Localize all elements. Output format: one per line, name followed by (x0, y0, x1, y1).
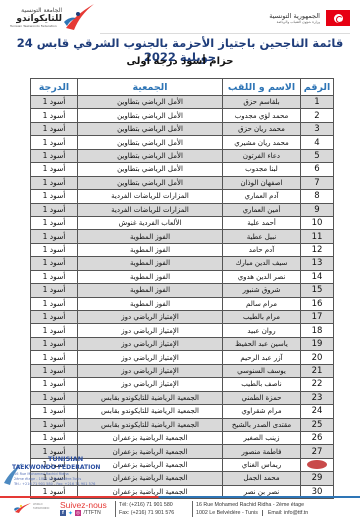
republic-name: الجمهورية التونسية (269, 12, 320, 20)
cell-grade: أسود 1 (31, 297, 78, 310)
cell-grade: أسود 1 (31, 337, 78, 350)
footer-divider (0, 496, 360, 498)
cell-name: اصفهان الوذان (223, 176, 301, 189)
cell-club: المزارات للرياضات الفردية (78, 190, 223, 203)
results-table: الرقم الاسم و اللقب الجمعية الدرجة 1بلقا… (30, 78, 334, 499)
cell-grade: أسود 1 (31, 405, 78, 418)
cell-name: بلقاسم حزق (223, 96, 301, 109)
cell-club: الجمعية الرياضية بزعفران (78, 431, 223, 444)
cell-number: 25 (301, 418, 334, 431)
column-header-name: الاسم و اللقب (223, 79, 301, 96)
cell-club: الجمعية الرياضية بزعفران (78, 458, 223, 471)
cell-club: الجمعية الرياضية للتايكوندو بقابس (78, 405, 223, 418)
table-row: 14نصر الدين هدويالفوز المطويةأسود 1 (31, 270, 334, 283)
cell-grade: أسود 1 (31, 431, 78, 444)
cell-grade: أسود 1 (31, 163, 78, 176)
cell-grade: أسود 1 (31, 176, 78, 189)
cell-grade: أسود 1 (31, 445, 78, 458)
cell-name: نصر الدين هدوي (223, 270, 301, 283)
cell-name: محمد لؤي مجدوب (223, 109, 301, 122)
cell-club: الفوز المطوية (78, 243, 223, 256)
cell-club: الجمعية الرياضية بزعفران (78, 472, 223, 485)
table-row: 9أمين العماريالمزارات للرياضات الفرديةأس… (31, 203, 334, 216)
cell-club: الفوز المطوية (78, 297, 223, 310)
cell-number: 26 (301, 431, 334, 444)
telephone: Tél: (+216) 71 901 580 (119, 501, 174, 509)
table-row: 12آدم حامدالفوز المطويةأسود 1 (31, 243, 334, 256)
cell-name: زينب الصغير (223, 431, 301, 444)
cell-club: الأمل الرياضي بتطاوين (78, 109, 223, 122)
cell-number: 5 (301, 149, 334, 162)
cell-grade: أسود 1 (31, 96, 78, 109)
cell-grade: أسود 1 (31, 324, 78, 337)
cell-number: 15 (301, 284, 334, 297)
table-row: ريماس الغنايالجمعية الرياضية بزعفرانأسود… (31, 458, 334, 471)
cell-name: فاطمة منصور (223, 445, 301, 458)
tunisia-flag-icon (326, 10, 350, 26)
cell-club: الإمتياز الرياضي دوز (78, 324, 223, 337)
cell-number: 29 (301, 472, 334, 485)
cell-grade: أسود 1 (31, 472, 78, 485)
table-row: 25مقتدى الصدر بالشيخالجمعية الرياضية للت… (31, 418, 334, 431)
cell-number: 16 (301, 297, 334, 310)
table-row: 16مرام سالمالفوز المطويةأسود 1 (31, 297, 334, 310)
cell-number: 24 (301, 405, 334, 418)
cell-name: محمد ريان مشيري (223, 136, 301, 149)
table-row: 20آزر عبد الرحيمالإمتياز الرياضي دوزأسود… (31, 351, 334, 364)
cell-number: 9 (301, 203, 334, 216)
republic-block: الجمهورية التونسية وزارة شؤون الشباب وال… (269, 7, 350, 29)
table-row: 13سيف الدين مباركالفوز المطويةأسود 1 (31, 257, 334, 270)
cell-number: 19 (301, 337, 334, 350)
cell-grade: أسود 1 (31, 270, 78, 283)
cell-club: الأمل الرياضي بتطاوين (78, 176, 223, 189)
email-link[interactable]: Email: info@ttf.tn (268, 510, 308, 516)
table-row: 2محمد لؤي مجدوبالأمل الرياضي بتطاوينأسود… (31, 109, 334, 122)
cell-grade: أسود 1 (31, 284, 78, 297)
cell-club: الفوز المطوية (78, 270, 223, 283)
cell-grade: أسود 1 (31, 203, 78, 216)
table-row: 18روان عبيدالإمتياز الرياضي دوزأسود 1 (31, 324, 334, 337)
cell-club: الأمل الرياضي بتطاوين (78, 136, 223, 149)
page-header: الجامعة التونسية للتايكواندو Tunisian Ta… (0, 0, 360, 34)
world-taekwondo-label: WORLD TAEKWONDO (33, 503, 49, 510)
table-row: 1بلقاسم حزقالأمل الرياضي بتطاوينأسود 1 (31, 96, 334, 109)
cell-number: 18 (301, 324, 334, 337)
table-row: 10أحمد عليةالألعاب الفردية غنوشأسود 1 (31, 216, 334, 229)
cell-number: 23 (301, 391, 334, 404)
table-row: 15شروق شنبورالفوز المطويةأسود 1 (31, 284, 334, 297)
address-line1: 16 Rue Mohamed Rachid Ridha - 2ème étage (196, 501, 308, 509)
document-page: الجامعة التونسية للتايكواندو Tunisian Ta… (0, 0, 360, 519)
cell-number: 6 (301, 163, 334, 176)
federation-name-line3: Tunisian Taekwondo Federation (10, 24, 62, 28)
table-row: 23حمزة الطمنيالجمعية الرياضية للتايكوندو… (31, 391, 334, 404)
cell-number: 1 (301, 96, 334, 109)
world-taekwondo-logo-icon (14, 502, 32, 514)
table-row: 19ياسين عبد الحفيظالإمتياز الرياضي دوزأس… (31, 337, 334, 350)
results-table-body: 1بلقاسم حزقالأمل الرياضي بتطاوينأسود 12م… (31, 96, 334, 499)
twitter-icon[interactable]: ✦ (68, 510, 74, 516)
table-row: 29محمد الجملالجمعية الرياضية بزعفرانأسود… (31, 472, 334, 485)
follow-us-label: Suivez-nous (60, 500, 107, 510)
cell-name: ناصف بالطيب (223, 378, 301, 391)
cell-name: شروق شنبور (223, 284, 301, 297)
table-row: 26زينب الصغيرالجمعية الرياضية بزعفرانأسو… (31, 431, 334, 444)
footer-separator (192, 501, 193, 517)
cell-name: مرام سالم (223, 297, 301, 310)
instagram-icon[interactable]: ◎ (75, 510, 81, 516)
cell-grade: أسود 1 (31, 364, 78, 377)
cell-name: يوسف السنوسي (223, 364, 301, 377)
table-row: 11نبيل عطيةالفوز المطويةأسود 1 (31, 230, 334, 243)
cell-name: حمزة الطمني (223, 391, 301, 404)
cell-grade: أسود 1 (31, 136, 78, 149)
cell-grade: أسود 1 (31, 458, 78, 471)
cell-number: 20 (301, 351, 334, 364)
column-header-grade: الدرجة (31, 79, 78, 96)
cell-number: 13 (301, 257, 334, 270)
address-line2: 1002 Le Belvédère - Tunis (196, 510, 258, 516)
cell-number: 4 (301, 136, 334, 149)
cell-grade: أسود 1 (31, 418, 78, 431)
cell-club: الإمتياز الرياضي دوز (78, 311, 223, 324)
cell-name: آزر عبد الرحيم (223, 351, 301, 364)
cell-club: الفوز المطوية (78, 257, 223, 270)
table-row: 3محمد ريان حزقالأمل الرياضي بتطاوينأسود … (31, 122, 334, 135)
table-row: 8آدم العماريالمزارات للرياضات الفرديةأسو… (31, 190, 334, 203)
cell-name: محمد ريان حزق (223, 122, 301, 135)
cell-club: الفوز المطوية (78, 284, 223, 297)
cell-grade: أسود 1 (31, 122, 78, 135)
cell-number: 7 (301, 176, 334, 189)
cell-club: الإمتياز الرياضي دوز (78, 378, 223, 391)
cell-name: محمد الجمل (223, 472, 301, 485)
table-row: 7اصفهان الوذانالأمل الرياضي بتطاوينأسود … (31, 176, 334, 189)
federation-name-line2: للتايكواندو (10, 14, 62, 24)
cell-name: آدم العماري (223, 190, 301, 203)
cell-name: سيف الدين مبارك (223, 257, 301, 270)
cell-club: الجمعية الرياضية للتايكوندو بقابس (78, 391, 223, 404)
table-row: 21يوسف السنوسيالإمتياز الرياضي دوزأسود 1 (31, 364, 334, 377)
table-row: 24مرام شقراويالجمعية الرياضية للتايكوندو… (31, 405, 334, 418)
cell-grade: أسود 1 (31, 149, 78, 162)
cell-grade: أسود 1 (31, 109, 78, 122)
cell-club: الجمعية الرياضية للتايكوندو بقابس (78, 418, 223, 431)
cell-grade: أسود 1 (31, 243, 78, 256)
cell-number: 27 (301, 445, 334, 458)
cell-number: 17 (301, 311, 334, 324)
cell-grade: أسود 1 (31, 190, 78, 203)
column-header-club: الجمعية (78, 79, 223, 96)
cell-grade: أسود 1 (31, 230, 78, 243)
cell-name: ياسين عبد الحفيظ (223, 337, 301, 350)
cell-club: الأمل الرياضي بتطاوين (78, 122, 223, 135)
cell-grade: أسود 1 (31, 391, 78, 404)
ministry-name: وزارة شؤون الشباب والرياضة (269, 20, 320, 25)
phone-block: Tél: (+216) 71 901 580 Fax: (+216) 71 90… (119, 501, 174, 517)
header-divider (100, 33, 350, 34)
cell-number: 12 (301, 243, 334, 256)
cell-club: الإمتياز الرياضي دوز (78, 364, 223, 377)
table-row: 22ناصف بالطيبالإمتياز الرياضي دوزأسود 1 (31, 378, 334, 391)
cell-grade: أسود 1 (31, 311, 78, 324)
federation-logo-icon (62, 2, 96, 32)
cell-grade: أسود 1 (31, 378, 78, 391)
footer-separator (115, 501, 116, 517)
cell-number (301, 458, 334, 471)
cell-grade: أسود 1 (31, 257, 78, 270)
table-row: 17مرام بالطيبالإمتياز الرياضي دوزأسود 1 (31, 311, 334, 324)
cell-number: 3 (301, 122, 334, 135)
cell-name: مرام شقراوي (223, 405, 301, 418)
cell-name: أمين العماري (223, 203, 301, 216)
social-links: f ✦ ◎ /TTFTN (60, 510, 101, 516)
page-footer: WORLD TAEKWONDO Suivez-nous f ✦ ◎ /TTFTN… (0, 499, 360, 519)
cell-grade: أسود 1 (31, 216, 78, 229)
cell-grade: أسود 1 (31, 351, 78, 364)
fax: Fax: (+216) 71 901 576 (119, 509, 174, 517)
table-row: 6لبنا مجدوبالأمل الرياضي بتطاوينأسود 1 (31, 163, 334, 176)
cell-name: روان عبيد (223, 324, 301, 337)
cell-club: الإمتياز الرياضي دوز (78, 351, 223, 364)
red-marker-icon (307, 460, 327, 469)
cell-number: 22 (301, 378, 334, 391)
cell-number: 21 (301, 364, 334, 377)
cell-name: مرام بالطيب (223, 311, 301, 324)
cell-number: 10 (301, 216, 334, 229)
cell-club: الجمعية الرياضية بزعفران (78, 445, 223, 458)
table-header-row: الرقم الاسم و اللقب الجمعية الدرجة (31, 79, 334, 96)
table-row: 5دعاء الفرتونالأمل الرياضي بتطاوينأسود 1 (31, 149, 334, 162)
document-subtitle: حزام أسود درجة أولى (0, 56, 360, 67)
federation-name-line1: الجامعة التونسية (10, 7, 62, 14)
table-row: 27فاطمة منصورالجمعية الرياضية بزعفرانأسو… (31, 445, 334, 458)
cell-name: مقتدى الصدر بالشيخ (223, 418, 301, 431)
cell-club: الأمل الرياضي بتطاوين (78, 96, 223, 109)
cell-number: 14 (301, 270, 334, 283)
cell-club: الألعاب الفردية غنوش (78, 216, 223, 229)
address-block: 16 Rue Mohamed Rachid Ridha - 2ème étage… (196, 501, 308, 517)
facebook-icon[interactable]: f (60, 510, 66, 516)
cell-club: الإمتياز الرياضي دوز (78, 337, 223, 350)
column-header-number: الرقم (301, 79, 334, 96)
federation-name: الجامعة التونسية للتايكواندو Tunisian Ta… (10, 7, 62, 28)
cell-number: 2 (301, 109, 334, 122)
cell-number: 8 (301, 190, 334, 203)
cell-club: الفوز المطوية (78, 230, 223, 243)
stamp-logo-icon (2, 459, 24, 487)
social-handle[interactable]: /TTFTN (84, 510, 101, 516)
cell-club: الأمل الرياضي بتطاوين (78, 149, 223, 162)
cell-name: لبنا مجدوب (223, 163, 301, 176)
cell-club: الأمل الرياضي بتطاوين (78, 163, 223, 176)
cell-name: دعاء الفرتون (223, 149, 301, 162)
cell-name: أحمد علية (223, 216, 301, 229)
cell-name: نبيل عطية (223, 230, 301, 243)
cell-club: المزارات للرياضات الفردية (78, 203, 223, 216)
cell-number: 11 (301, 230, 334, 243)
cell-name: آدم حامد (223, 243, 301, 256)
cell-name: ريماس الغناي (223, 458, 301, 471)
table-row: 4محمد ريان مشيريالأمل الرياضي بتطاوينأسو… (31, 136, 334, 149)
